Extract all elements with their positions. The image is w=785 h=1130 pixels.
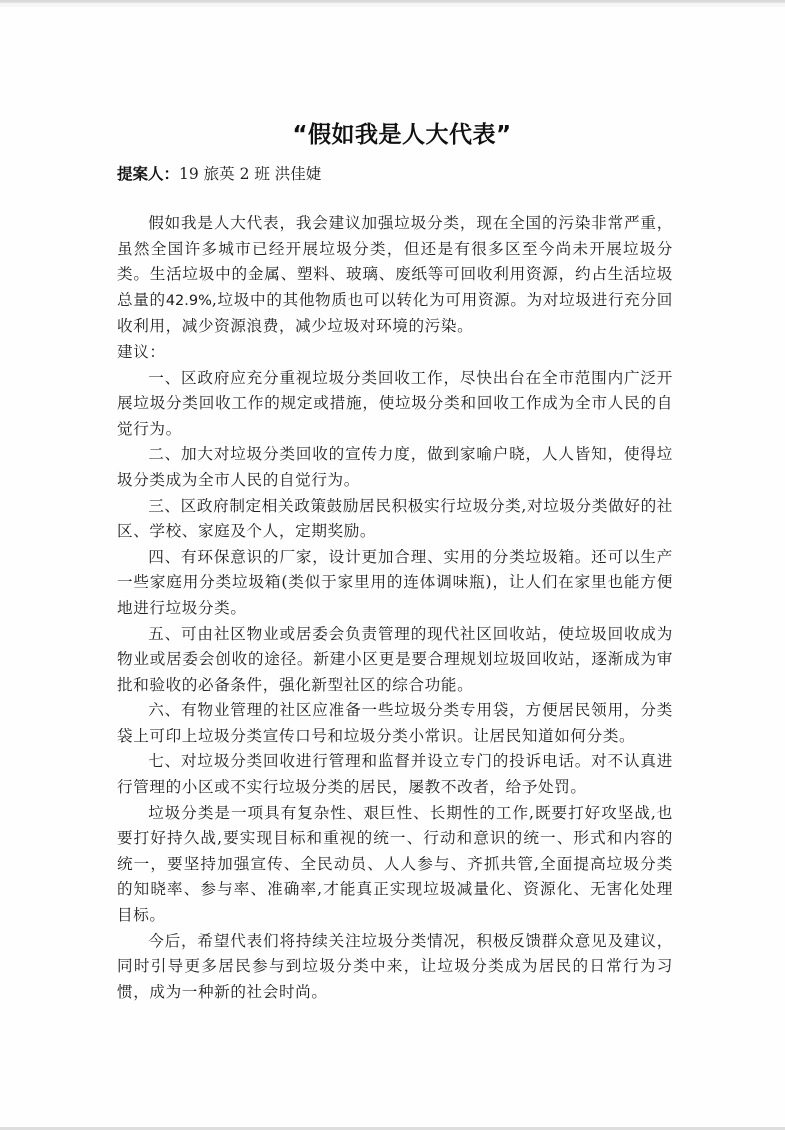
document-title: “假如我是人大代表” <box>117 118 673 152</box>
suggestion-item-1: 一、区政府应充分重视垃圾分类回收工作，尽快出台在全市范围内广泛开展垃圾分类回收工… <box>117 366 673 443</box>
suggestion-item-3: 三、区政府制定相关政策鼓励居民积极实行垃圾分类,对垃圾分类做好的社区、学校、家庭… <box>117 494 673 545</box>
document-page: “假如我是人大代表” 提案人：19 旅英 2 班 洪佳婕 假如我是人大代表，我会… <box>117 118 673 1005</box>
suggestions-heading: 建议： <box>117 340 673 366</box>
recyclable-percentage: 42.9% <box>166 293 212 309</box>
suggestion-item-5: 五、可由社区物业或居委会负责管理的现代社区回收站，使垃圾回收成为物业或居委会创收… <box>117 622 673 699</box>
conclusion-paragraph-2: 今后，希望代表们将持续关注垃圾分类情况，积极反馈群众意见及建议，同时引导更多居民… <box>117 929 673 1006</box>
page-top-shadow <box>0 3 785 7</box>
suggestion-item-4: 四、有环保意识的厂家，设计更加合理、实用的分类垃圾箱。还可以生产一些家庭用分类垃… <box>117 545 673 622</box>
conclusion-paragraph-1: 垃圾分类是一项具有复杂性、艰巨性、长期性的工作,既要打好攻坚战,也要打好持久战,… <box>117 801 673 929</box>
suggestion-item-7: 七、对垃圾分类回收进行管理和监督并设立专门的投诉电话。对不认真进行管理的小区或不… <box>117 749 673 800</box>
proposer-value: 19 旅英 2 班 洪佳婕 <box>179 165 321 183</box>
proposer-label: 提案人： <box>117 165 179 183</box>
suggestion-item-6: 六、有物业管理的社区应准备一些垃圾分类专用袋，方便居民领用，分类袋上可印上垃圾分… <box>117 698 673 749</box>
intro-paragraph: 假如我是人大代表，我会建议加强垃圾分类，现在全国的污染非常严重，虽然全国许多城市… <box>117 211 673 340</box>
suggestion-item-2: 二、加大对垃圾分类回收的宣传力度，做到家喻户晓，人人皆知，使得垃圾分类成为全市人… <box>117 442 673 493</box>
proposer-line: 提案人：19 旅英 2 班 洪佳婕 <box>117 162 673 186</box>
